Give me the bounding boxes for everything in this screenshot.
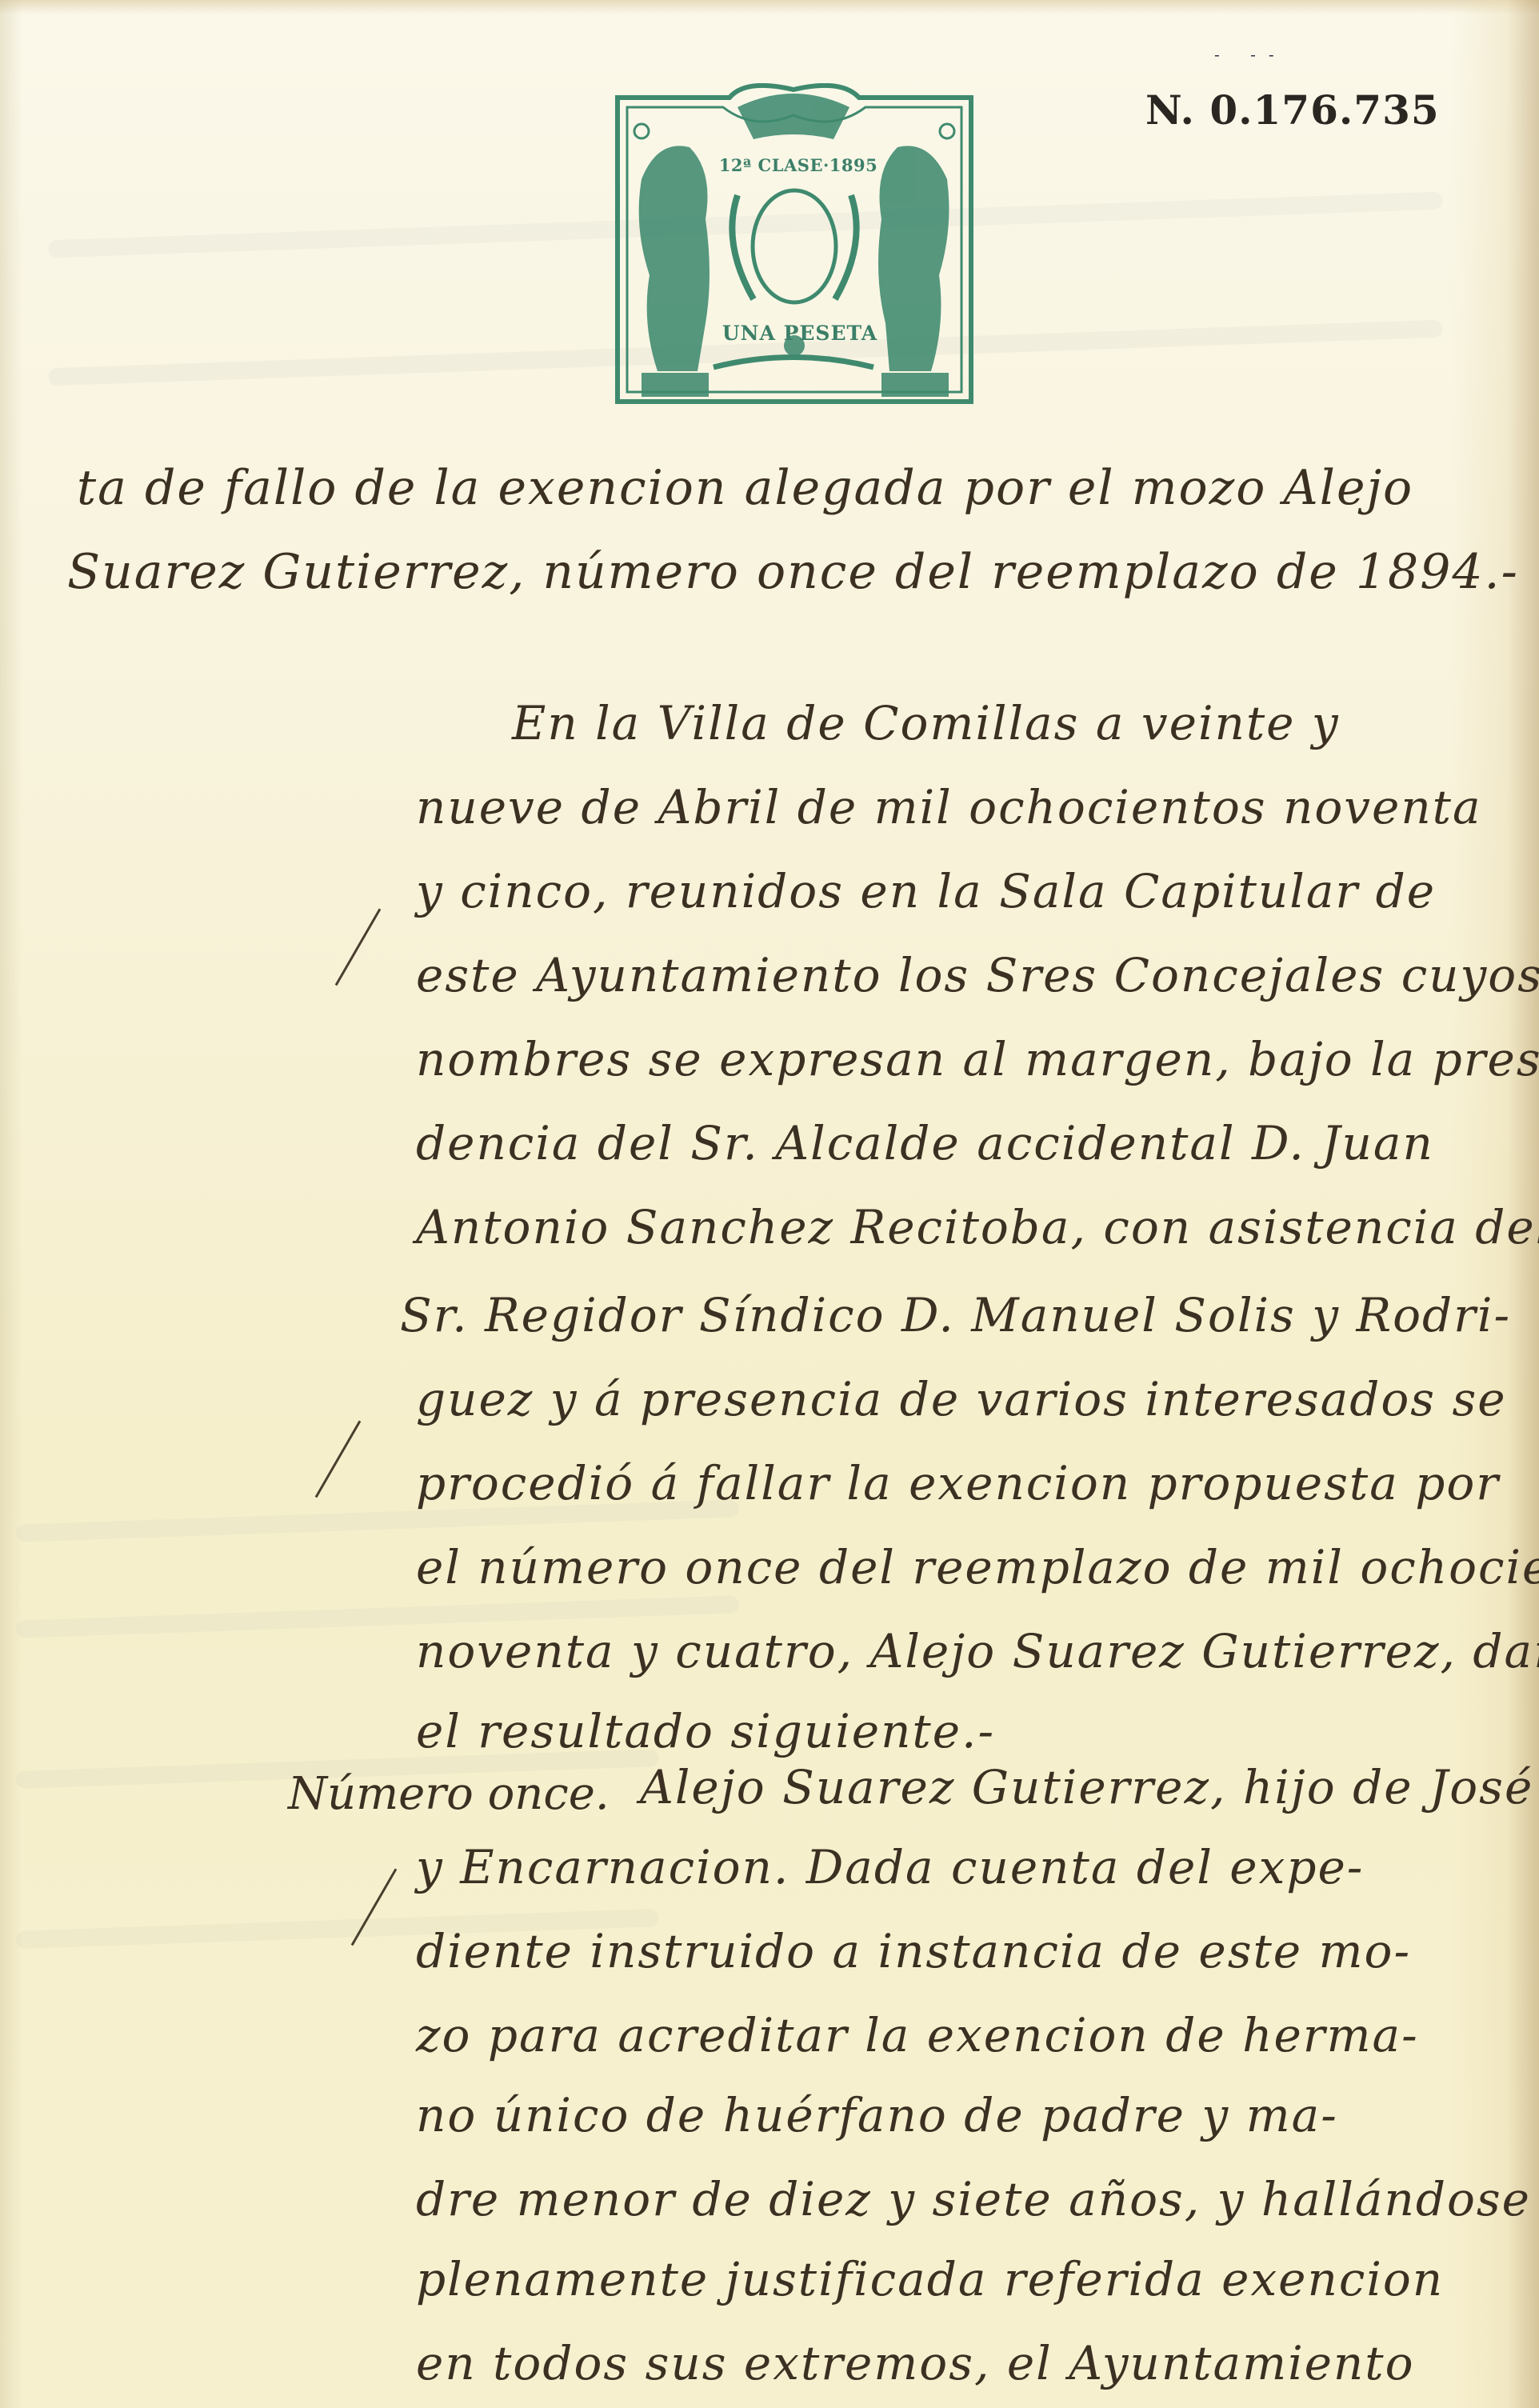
- body-line-4: este Ayuntamiento los Sres Concejales cu…: [416, 948, 1539, 1002]
- body-line-10: procedió á fallar la exencion propuesta …: [416, 1456, 1500, 1510]
- entry-line-5: no único de huérfano de padre y ma-: [416, 2088, 1338, 2142]
- top-marks: - --: [1214, 45, 1287, 64]
- entry-line-4: zo para acreditar la exencion de herma-: [416, 2008, 1419, 2062]
- entry-line-2: y Encarnacion. Dada cuenta del expe-: [416, 1840, 1364, 1894]
- heading-line-1: ta de fallo de la exencion alegada por e…: [77, 460, 1413, 516]
- stamp-class-label: 12ª CLASE·1895: [718, 155, 878, 175]
- revenue-stamp-icon: [610, 83, 979, 410]
- pen-stroke: [335, 908, 382, 986]
- serial-number: N. 0.176.735: [1145, 86, 1440, 134]
- body-line-5: nombres se expresan al margen, bajo la p…: [416, 1032, 1539, 1086]
- document-page: - -- 12ª CLASE·1895 U: [0, 0, 1539, 2408]
- entry-line-1: Alejo Suarez Gutierrez, hijo de José: [640, 1760, 1533, 1814]
- body-line-11: el número once del reemplazo de mil ocho…: [416, 1540, 1539, 1594]
- body-line-12: noventa y cuatro, Alejo Suarez Gutierrez…: [416, 1624, 1539, 1678]
- pen-stroke: [315, 1420, 362, 1498]
- heading-line-2: Suarez Gutierrez, número once del reempl…: [67, 544, 1519, 600]
- body-line-3: y cinco, reunidos en la Sala Capitular d…: [416, 864, 1436, 918]
- entry-line-6: dre menor de diez y siete años, y hallán…: [416, 2172, 1531, 2226]
- entry-line-8: en todos sus extremos, el Ayuntamiento: [416, 2336, 1415, 2390]
- stamp-value-label: UNA PESETA: [704, 322, 896, 345]
- body-line-7: Antonio Sanchez Recitoba, con asistencia…: [416, 1200, 1539, 1254]
- body-line-2: nueve de Abril de mil ochocientos novent…: [416, 780, 1482, 834]
- entry-line-7: plenamente justificada referida exencion: [416, 2252, 1444, 2306]
- body-line-8: Sr. Regidor Síndico D. Manuel Solis y Ro…: [400, 1288, 1511, 1342]
- revenue-stamp: 12ª CLASE·1895 UNA PESETA: [610, 83, 979, 410]
- body-line-1: En la Villa de Comillas a veinte y: [512, 696, 1340, 750]
- body-line-6: dencia del Sr. Alcalde accidental D. Jua…: [416, 1116, 1434, 1170]
- entry-margin-label: Número once.: [288, 1768, 610, 1820]
- entry-line-3: diente instruido a instancia de este mo-: [416, 1924, 1411, 1978]
- body-line-9: guez y á presencia de varios interesados…: [416, 1372, 1507, 1426]
- body-line-13: el resultado siguiente.-: [416, 1704, 995, 1758]
